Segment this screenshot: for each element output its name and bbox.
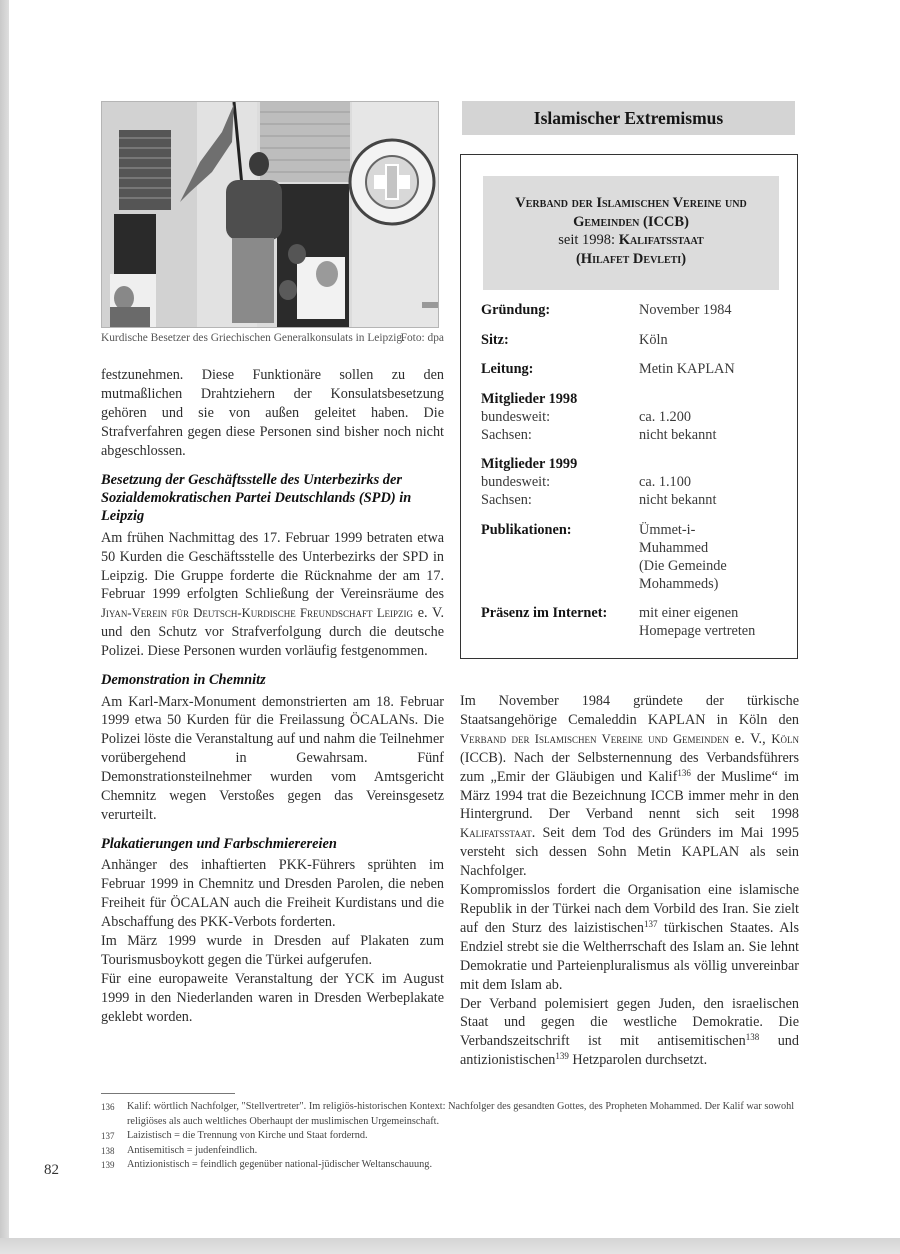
page-edge-bottom: [0, 1238, 900, 1254]
info-row-founded: Gründung: November 1984: [481, 301, 791, 319]
info-box-rows: Gründung: November 1984 Sitz: Köln Leitu…: [481, 301, 791, 652]
org-name-kalifatsstaat: Kalifatsstaat: [460, 826, 532, 840]
heading-chemnitz-demo: Demonstration in Chemnitz: [101, 671, 444, 689]
info-label: Sitz:: [481, 331, 639, 349]
organization-info-box: Verband der Islamischen Vereine und Geme…: [460, 154, 798, 659]
info-row-internet: Präsenz im Internet: mit einer eigenen H…: [481, 604, 791, 640]
footnote-137: 137 Laizistisch = die Trennung von Kirch…: [101, 1129, 801, 1144]
members-1998-heading: Mitglieder 1998: [481, 390, 791, 408]
info-label: Sachsen:: [481, 426, 639, 444]
kalifatsstaat-name: Kalifatsstaat: [619, 232, 704, 248]
members-1999-federal: bundesweit: ca. 1.100: [481, 473, 791, 491]
paragraph-text: Am frühen Nachmittag des 17. Februar 199…: [101, 530, 444, 603]
heading-posters-graffiti: Plakatierungen und Farbschmierereien: [101, 835, 444, 853]
info-value: nicht bekannt: [639, 491, 716, 509]
consulate-photo: [101, 101, 439, 328]
info-value: Ümmet-i- Muhammed (Die Gemeinde Mohammed…: [639, 521, 791, 593]
info-label: Sachsen:: [481, 491, 639, 509]
section-header: Islamischer Extremismus: [462, 101, 795, 135]
footnote-text: Antizionistisch = feindlich gegenüber na…: [127, 1158, 801, 1173]
page-edge-left: [0, 0, 9, 1254]
internet-line: Homepage vertreten: [639, 622, 791, 640]
footnote-number: 139: [101, 1158, 127, 1173]
info-value: ca. 1.200: [639, 408, 691, 426]
members-1999-saxony: Sachsen: nicht bekannt: [481, 491, 791, 509]
paragraph-text: Im November 1984 gründete der türkische …: [460, 693, 799, 728]
publication-line: Muhammed: [639, 539, 791, 557]
info-value: ca. 1.100: [639, 473, 691, 491]
footnote-ref-136[interactable]: 136: [677, 768, 691, 778]
footnote-ref-137[interactable]: 137: [644, 919, 658, 929]
photo-caption: Kurdische Besetzer des Griechischen Gene…: [101, 330, 444, 346]
paragraph-text: Hetzparolen durchsetzt.: [569, 1052, 707, 1068]
footnote-number: 138: [101, 1144, 127, 1159]
footnote-text: Laizistisch = die Trennung von Kirche un…: [127, 1129, 801, 1144]
city-koeln: Köln: [771, 732, 799, 746]
info-label: Gründung:: [481, 301, 639, 319]
heading-spd-occupation: Besetzung der Geschäftsstelle des Unterb…: [101, 471, 444, 526]
footnote-ref-138[interactable]: 138: [746, 1032, 760, 1042]
right-column: Im November 1984 gründete der türkische …: [460, 692, 799, 1070]
info-value: Metin KAPLAN: [639, 360, 791, 378]
footnote-separator: [101, 1093, 235, 1094]
org-title-line1: Verband der Islamischen Vereine und: [483, 194, 779, 213]
footnote-number: 136: [101, 1100, 127, 1129]
paragraph-goals: Kompromisslos fordert die Organisation e…: [460, 881, 799, 994]
footnote-text: Kalif: wörtlich Nachfolger, "Stellvertre…: [127, 1100, 801, 1129]
info-row-seat: Sitz: Köln: [481, 331, 791, 349]
info-value: nicht bekannt: [639, 426, 716, 444]
publication-line: Mohammeds): [639, 575, 791, 593]
paragraph-chemnitz-demo: Am Karl-Marx-Monument demonstrierten am …: [101, 693, 444, 825]
info-value: mit einer eigenen Homepage vertreten: [639, 604, 791, 640]
members-1999-heading: Mitglieder 1999: [481, 455, 791, 473]
paragraph-posters-1: Anhänger des inhaftierten PKK-Führers sp…: [101, 856, 444, 932]
members-1998-group: Mitglieder 1998 bundesweit: ca. 1.200 Sa…: [481, 390, 791, 444]
info-row-leadership: Leitung: Metin KAPLAN: [481, 360, 791, 378]
org-name-iccb: Verband der Islamischen Vereine und Geme…: [460, 732, 729, 746]
intro-paragraph: festzunehmen. Diese Funktionäre sollen z…: [101, 366, 444, 461]
info-value: Köln: [639, 331, 791, 349]
paragraph-history: Im November 1984 gründete der türkische …: [460, 692, 799, 881]
footnote-text: Antisemitisch = judenfeindlich.: [127, 1144, 801, 1159]
org-title-line4: (Hilafet Devleti): [483, 250, 779, 269]
info-label: Leitung:: [481, 360, 639, 378]
members-1998-federal: bundesweit: ca. 1.200: [481, 408, 791, 426]
info-label: bundesweit:: [481, 473, 639, 491]
members-1999-group: Mitglieder 1999 bundesweit: ca. 1.100 Sa…: [481, 455, 791, 509]
footnotes: 136 Kalif: wörtlich Nachfolger, "Stellve…: [101, 1100, 801, 1173]
info-label: Publikationen:: [481, 521, 639, 593]
paragraph-polemics: Der Verband polemisiert gegen Juden, den…: [460, 995, 799, 1071]
org-title-line3: seit 1998: Kalifatsstaat: [483, 231, 779, 250]
publication-line: Ümmet-i-: [639, 521, 791, 539]
paragraph-posters-2: Im März 1999 wurde in Dresden auf Plakat…: [101, 932, 444, 970]
members-1998-saxony: Sachsen: nicht bekannt: [481, 426, 791, 444]
info-label: Präsenz im Internet:: [481, 604, 639, 640]
left-column: festzunehmen. Diese Funktionäre sollen z…: [101, 366, 444, 1026]
footnote-number: 137: [101, 1129, 127, 1144]
photo-illustration-icon: [102, 102, 439, 328]
info-label: bundesweit:: [481, 408, 639, 426]
info-box-title: Verband der Islamischen Vereine und Geme…: [483, 176, 779, 290]
paragraph-text: e. V.,: [729, 731, 771, 747]
paragraph-posters-3: Für eine europaweite Veranstaltung der Y…: [101, 970, 444, 1027]
since-prefix: seit 1998:: [558, 232, 618, 248]
footnote-139: 139 Antizionistisch = feindlich gegenübe…: [101, 1158, 801, 1173]
page-number: 82: [44, 1162, 59, 1179]
photo-caption-text: Kurdische Besetzer des Griechischen Gene…: [101, 330, 444, 346]
org-name-jiyan: Jiyan-Verein für Deutsch-Kurdische Freun…: [101, 606, 413, 620]
footnote-136: 136 Kalif: wörtlich Nachfolger, "Stellve…: [101, 1100, 801, 1129]
publication-line: (Die Gemeinde: [639, 557, 791, 575]
footnote-138: 138 Antisemitisch = judenfeindlich.: [101, 1144, 801, 1159]
paragraph-spd-occupation: Am frühen Nachmittag des 17. Februar 199…: [101, 529, 444, 661]
footnote-ref-139[interactable]: 139: [555, 1051, 569, 1061]
internet-line: mit einer eigenen: [639, 604, 791, 622]
info-row-publications: Publikationen: Ümmet-i- Muhammed (Die Ge…: [481, 521, 791, 593]
org-title-line2: Gemeinden (ICCB): [483, 213, 779, 232]
info-value: November 1984: [639, 301, 791, 319]
